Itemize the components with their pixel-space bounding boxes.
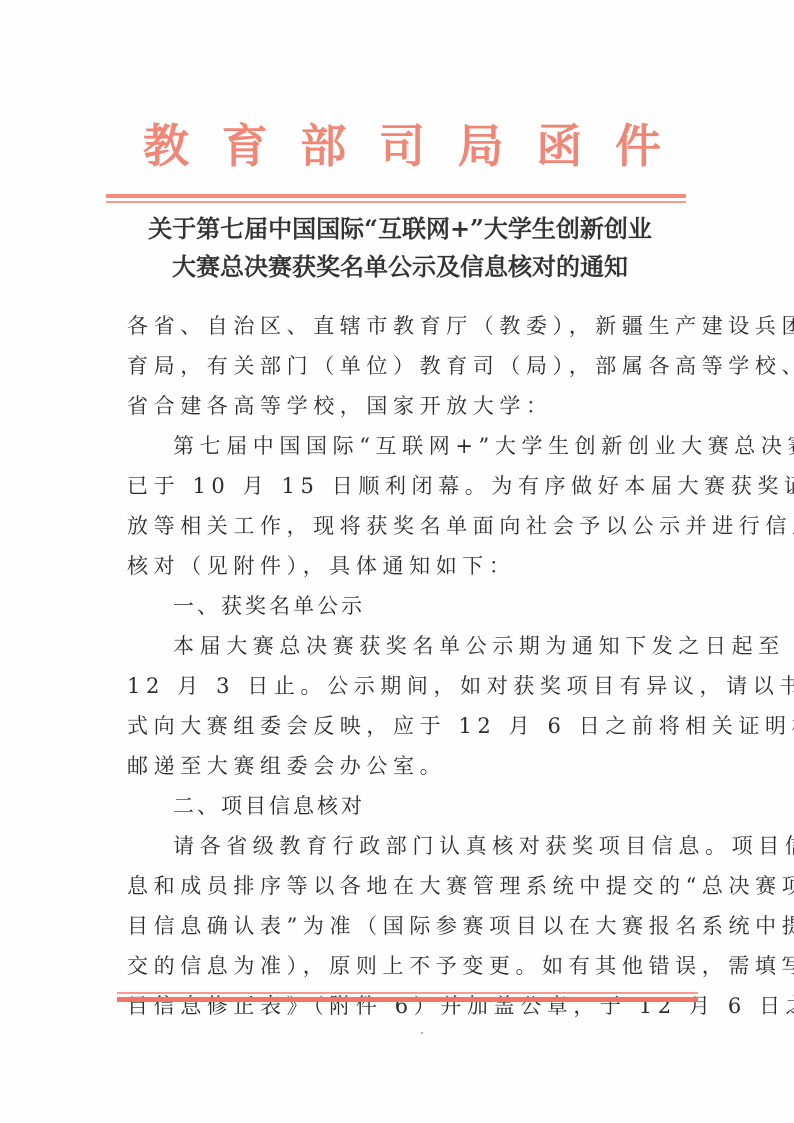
- document-title: 关于第七届中国国际“互联网+”大学生创新创业 大赛总决赛获奖名单公示及信息核对的…: [120, 210, 680, 286]
- header-rule-thick: [106, 194, 686, 198]
- body-line: 式向大赛组委会反映，应于 12 月 6 日之前将相关证明材料: [127, 706, 683, 746]
- letterhead-char: 育: [221, 118, 269, 174]
- body-line: 第七届中国国际“互联网+”大学生创新创业大赛总决赛: [127, 426, 683, 466]
- document-body: 各省、自治区、直辖市教育厅（教委），新疆生产建设兵团教 育局，有关部门（单位）教…: [127, 306, 683, 1026]
- addressee-block: 各省、自治区、直辖市教育厅（教委），新疆生产建设兵团教 育局，有关部门（单位）教…: [127, 306, 683, 426]
- title-line-1: 关于第七届中国国际“互联网+”大学生创新创业: [120, 210, 680, 248]
- body-line: 12 月 3 日止。公示期间，如对获奖项目有异议，请以书面形: [127, 666, 683, 706]
- body-line: 交的信息为准），原则上不予变更。如有其他错误，需填写《项: [127, 946, 683, 986]
- section-award-list: 一、获奖名单公示 本届大赛总决赛获奖名单公示期为通知下发之日起至 12 月 3 …: [127, 586, 683, 786]
- body-line: 核对（见附件），具体通知如下：: [127, 546, 683, 586]
- body-line: 已于 10 月 15 日顺利闭幕。为有序做好本届大赛获奖证书发: [127, 466, 683, 506]
- intro-paragraph: 第七届中国国际“互联网+”大学生创新创业大赛总决赛 已于 10 月 15 日顺利…: [127, 426, 683, 586]
- letterhead-char: 局: [457, 118, 505, 174]
- title-line-2: 大赛总决赛获奖名单公示及信息核对的通知: [120, 248, 680, 286]
- body-line: 省合建各高等学校，国家开放大学：: [127, 386, 683, 426]
- body-line: 请各省级教育行政部门认真核对获奖项目信息。项目信: [127, 826, 683, 866]
- section-heading: 二、项目信息核对: [127, 786, 683, 826]
- body-line: 放等相关工作，现将获奖名单面向社会予以公示并进行信息: [127, 506, 683, 546]
- body-line: 育局，有关部门（单位）教育司（局），部属各高等学校、部: [127, 346, 683, 386]
- letterhead-char: 函: [535, 118, 583, 174]
- footer-rule-thick: [117, 997, 698, 1002]
- letterhead-char: 教: [142, 118, 190, 174]
- body-line: 目信息确认表”为准（国际参赛项目以在大赛报名系统中提: [127, 906, 683, 946]
- scan-speck: [421, 1032, 423, 1034]
- body-line: 各省、自治区、直辖市教育厅（教委），新疆生产建设兵团教: [127, 306, 683, 346]
- section-info-verification: 二、项目信息核对 请各省级教育行政部门认真核对获奖项目信息。项目信 息和成员排序…: [127, 786, 683, 1026]
- document-page: 教 育 部 司 局 函 件 关于第七届中国国际“互联网+”大学生创新创业 大赛总…: [0, 0, 794, 1123]
- footer-rule-thin: [117, 992, 698, 994]
- letterhead-char: 司: [378, 118, 426, 174]
- letterhead: 教 育 部 司 局 函 件: [142, 116, 662, 176]
- letterhead-char: 部: [299, 118, 347, 174]
- header-rule-thin: [106, 201, 686, 203]
- body-line: 本届大赛总决赛获奖名单公示期为通知下发之日起至: [127, 626, 683, 666]
- letterhead-char: 件: [614, 118, 662, 174]
- body-line: 息和成员排序等以各地在大赛管理系统中提交的“总决赛项: [127, 866, 683, 906]
- section-heading: 一、获奖名单公示: [127, 586, 683, 626]
- body-line: 邮递至大赛组委会办公室。: [127, 746, 683, 786]
